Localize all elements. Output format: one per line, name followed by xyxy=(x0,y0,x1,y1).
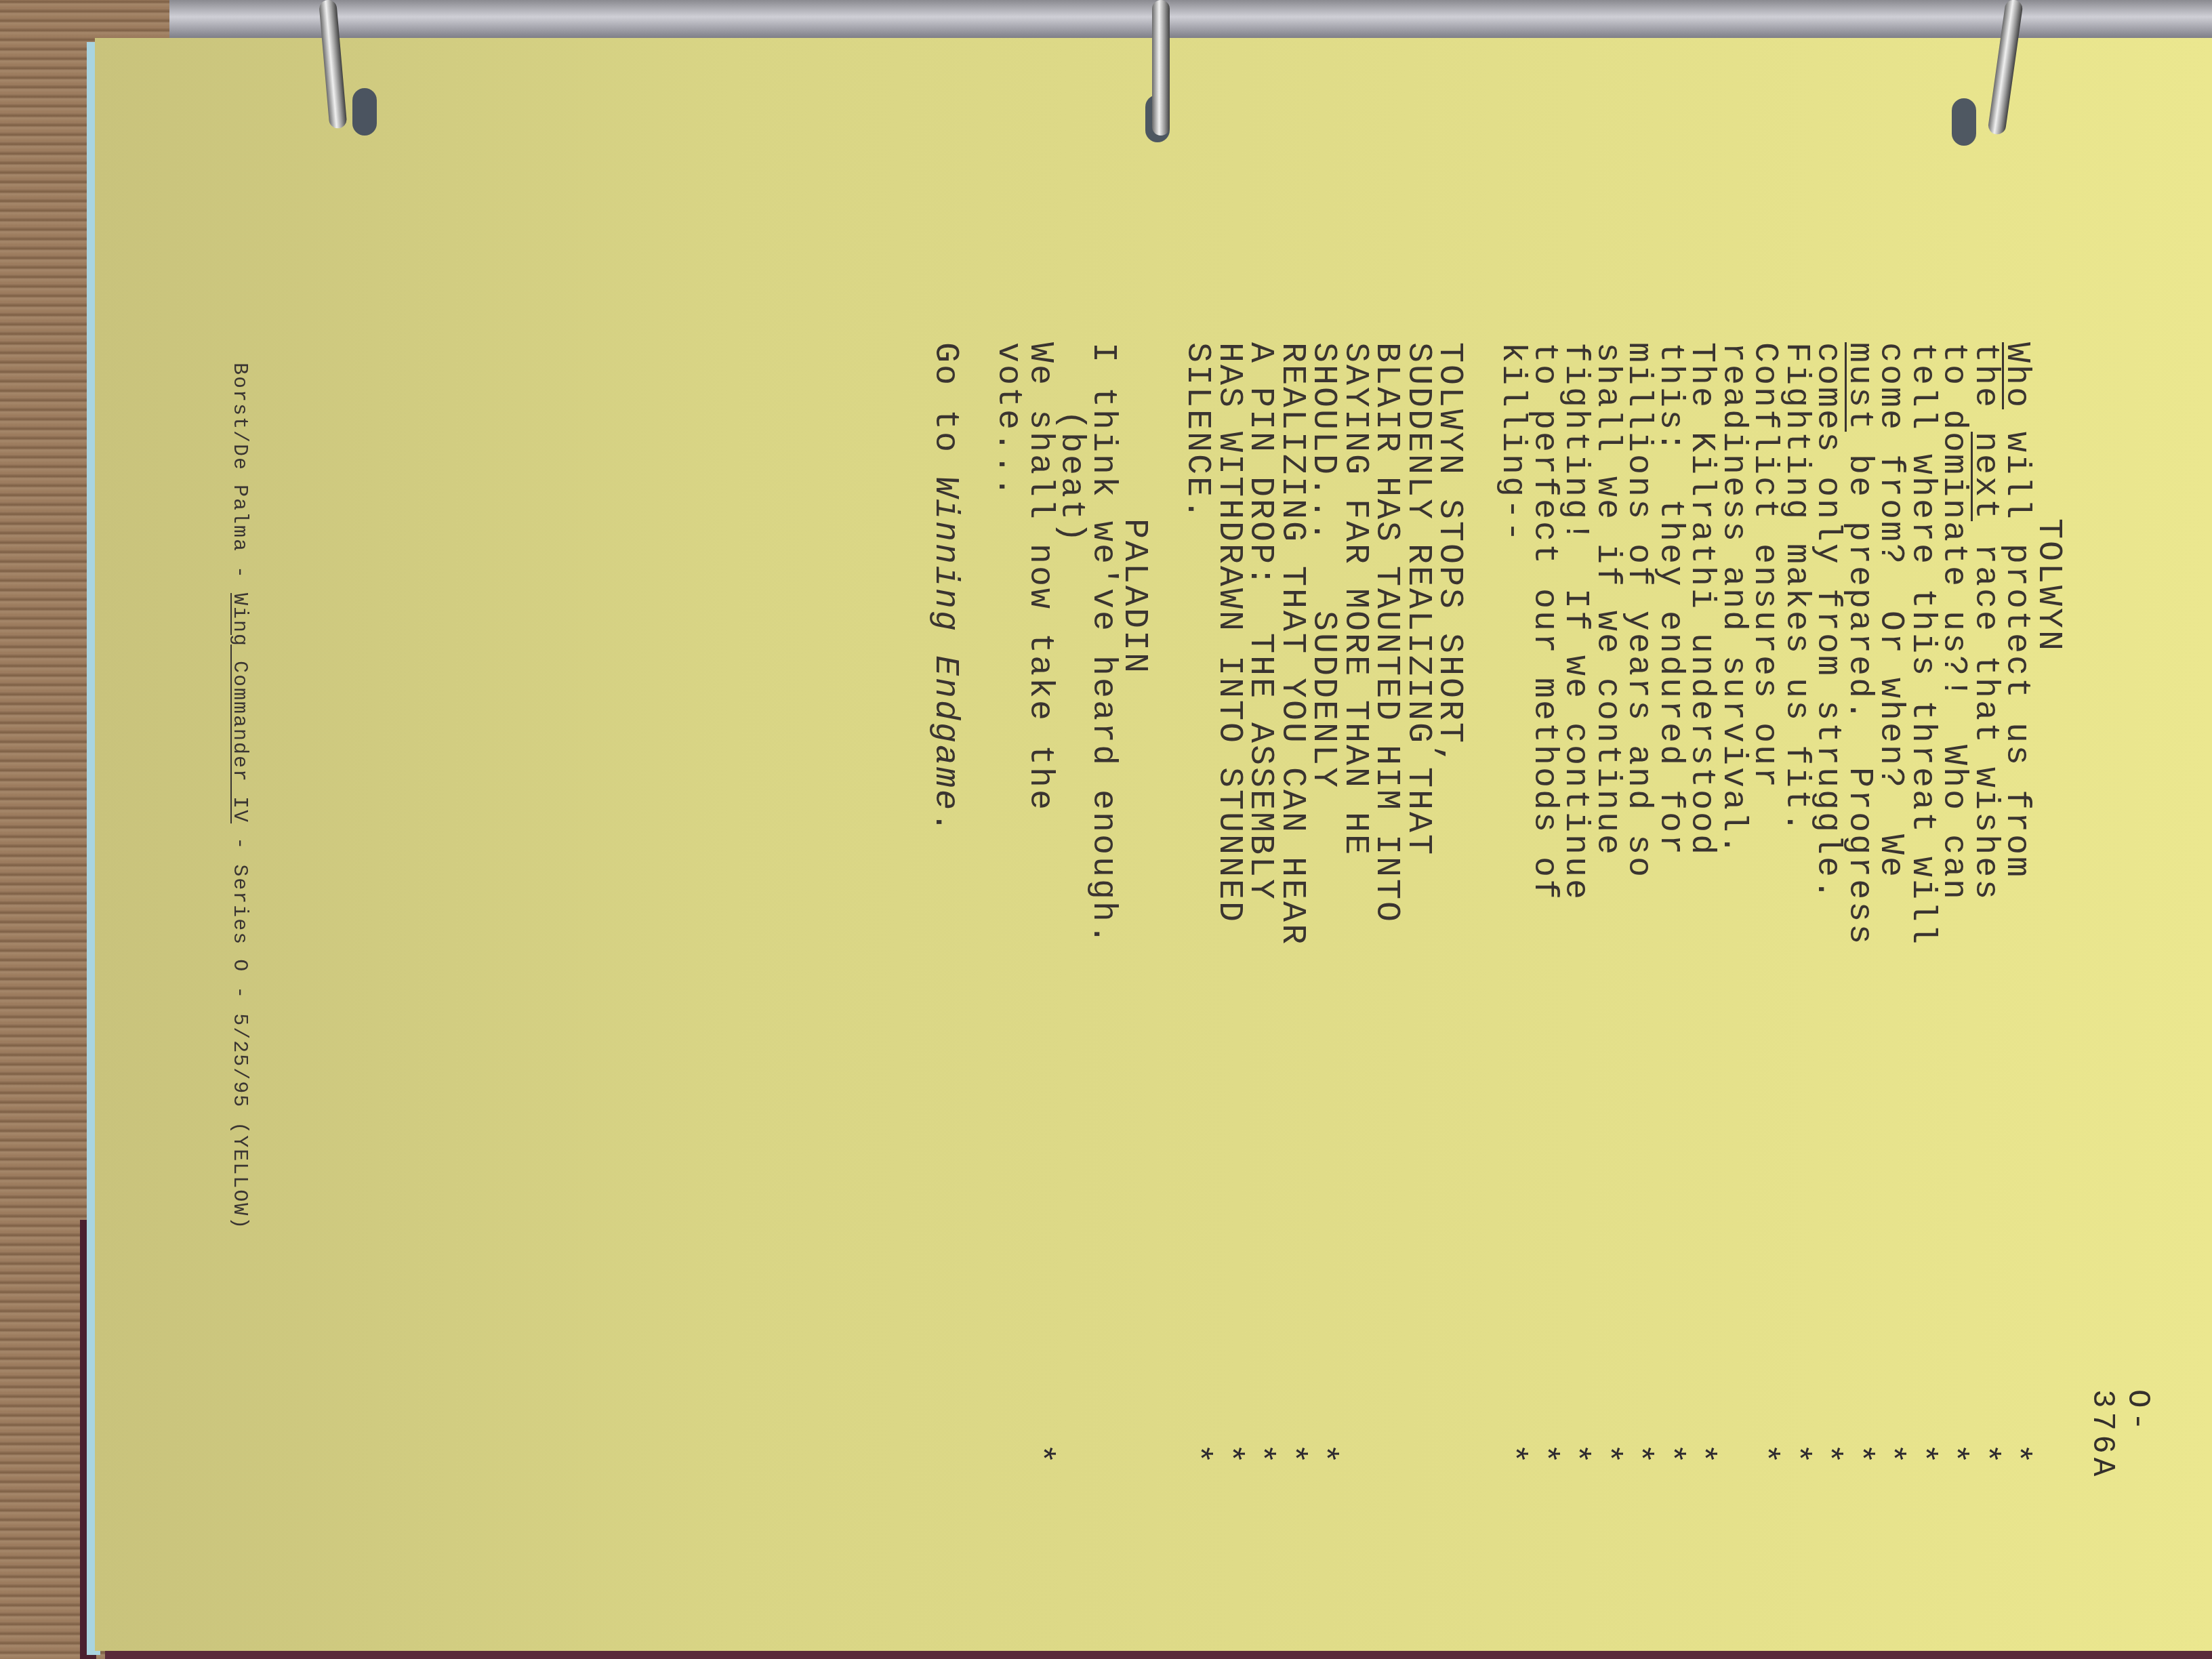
dialogue-line: vote... xyxy=(992,342,1024,946)
action-line: HAS WITHDRAWN INTO STUNNED xyxy=(1213,342,1245,946)
revision-blank xyxy=(929,1443,961,1464)
revision-blank xyxy=(1150,1443,1182,1464)
revision-asterisk: * xyxy=(1938,1443,1969,1464)
page-number: O-376A xyxy=(2085,1389,2155,1480)
dialogue-line: millions of years and so xyxy=(1622,342,1654,946)
action-line: SAYING FAR MORE THAN HE xyxy=(1339,342,1371,946)
revision-asterisk: * xyxy=(1213,1443,1245,1464)
revision-asterisk: * xyxy=(1024,1443,1056,1464)
dialogue-line: comes only from struggle. xyxy=(1811,342,1843,946)
parenthetical: (beat) xyxy=(1055,342,1087,946)
revision-marks-column: ********* ******* ***** * xyxy=(929,1443,2064,1464)
binder-ring-center xyxy=(1152,0,1170,136)
revision-blank xyxy=(1339,1443,1371,1464)
dialogue-line: fighting! If we continue xyxy=(1559,342,1591,946)
dialogue-line: this: they endured for xyxy=(1654,342,1686,946)
action-line: SHOULD... SUDDENLY xyxy=(1307,342,1339,946)
dialogue-line: come from? Or when? We xyxy=(1875,342,1906,946)
action-line: TOLWYN STOPS SHORT, xyxy=(1433,342,1465,946)
revision-asterisk: * xyxy=(1969,1443,2001,1464)
dialogue-line: The Kilrathi understood xyxy=(1685,342,1717,946)
dialogue-line: We shall now take the xyxy=(1024,342,1056,946)
dialogue-line: Who will protect us from xyxy=(2001,342,2032,946)
dialogue-line: must be prepared. Progress xyxy=(1843,342,1875,946)
character-cue-paladin: PALADIN xyxy=(1118,342,1150,946)
script-body: TOLWYNWho will protect us fromthe next r… xyxy=(929,342,2064,946)
revision-blank xyxy=(1402,1443,1434,1464)
dialogue-line: tell where this threat will xyxy=(1906,342,1938,946)
revision-asterisk: * xyxy=(1591,1443,1623,1464)
transition-scene-name: Winning Endgame xyxy=(926,476,965,812)
revision-asterisk: * xyxy=(1875,1443,1906,1464)
action-line: SILENCE. xyxy=(1181,342,1213,946)
revision-blank xyxy=(992,1443,1024,1464)
action-line: A PIN DROP: THE ASSEMBLY xyxy=(1244,342,1276,946)
footer-series-date: - Series O - 5/25/95 (YELLOW) xyxy=(228,823,251,1230)
revision-asterisk: * xyxy=(1622,1443,1654,1464)
revision-blank xyxy=(1118,1443,1150,1464)
dialogue-line: readiness and survival. xyxy=(1717,342,1749,946)
dialogue-line: Fighting makes us fit. xyxy=(1780,342,1812,946)
revision-asterisk: * xyxy=(1780,1443,1812,1464)
revision-asterisk: * xyxy=(1307,1443,1339,1464)
blank-line xyxy=(1150,342,1182,946)
revision-blank xyxy=(1433,1443,1465,1464)
action-line: BLAIR HAS TAUNTED HIM INTO xyxy=(1370,342,1402,946)
revision-asterisk: * xyxy=(1244,1443,1276,1464)
ring-hole-left xyxy=(352,88,377,136)
binder-metal-clip xyxy=(169,0,2212,42)
revision-blank xyxy=(1465,1443,1497,1464)
revision-blank xyxy=(1087,1443,1119,1464)
footer-title: Wing Commander IV xyxy=(228,593,251,823)
blank-line xyxy=(961,342,993,946)
ring-hole-right xyxy=(1952,98,1976,146)
revision-asterisk: * xyxy=(1528,1443,1560,1464)
character-cue-tolwyn: TOLWYN xyxy=(2032,342,2064,946)
transition-line: Go to Winning Endgame. xyxy=(929,342,961,946)
dialogue-line: Conflict ensures our xyxy=(1748,342,1780,946)
blank-line xyxy=(1465,342,1497,946)
dialogue-line: to perfect our methods of xyxy=(1528,342,1560,946)
revision-asterisk: * xyxy=(1811,1443,1843,1464)
footer-authors: Borst/De Palma - xyxy=(228,363,251,593)
revision-blank xyxy=(1055,1443,1087,1464)
dialogue-line: I think we've heard enough. xyxy=(1087,342,1119,946)
revision-blank xyxy=(1370,1443,1402,1464)
revision-asterisk: * xyxy=(1906,1443,1938,1464)
revision-asterisk: * xyxy=(1276,1443,1308,1464)
revision-blank xyxy=(2032,1443,2064,1464)
action-line: REALIZING THAT YOU CAN HEAR xyxy=(1276,342,1308,946)
dialogue-line: shall we if we continue xyxy=(1591,342,1623,946)
revision-blank xyxy=(1717,1443,1749,1464)
revision-asterisk: * xyxy=(1181,1443,1213,1464)
revision-asterisk: * xyxy=(1654,1443,1686,1464)
revision-asterisk: * xyxy=(1559,1443,1591,1464)
dialogue-line: the next race that wishes xyxy=(1969,342,2001,946)
dialogue-line: killing-- xyxy=(1496,342,1528,946)
revision-asterisk: * xyxy=(1496,1443,1528,1464)
dialogue-line: to dominate us?! Who can xyxy=(1938,342,1969,946)
revision-asterisk: * xyxy=(1685,1443,1717,1464)
page-footer: Borst/De Palma - Wing Commander IV - Ser… xyxy=(228,363,251,1230)
revision-asterisk: * xyxy=(1748,1443,1780,1464)
revision-asterisk: * xyxy=(2001,1443,2032,1464)
revision-asterisk: * xyxy=(1843,1443,1875,1464)
action-line: SUDDENLY REALIZING THAT xyxy=(1402,342,1434,946)
revision-blank xyxy=(961,1443,993,1464)
